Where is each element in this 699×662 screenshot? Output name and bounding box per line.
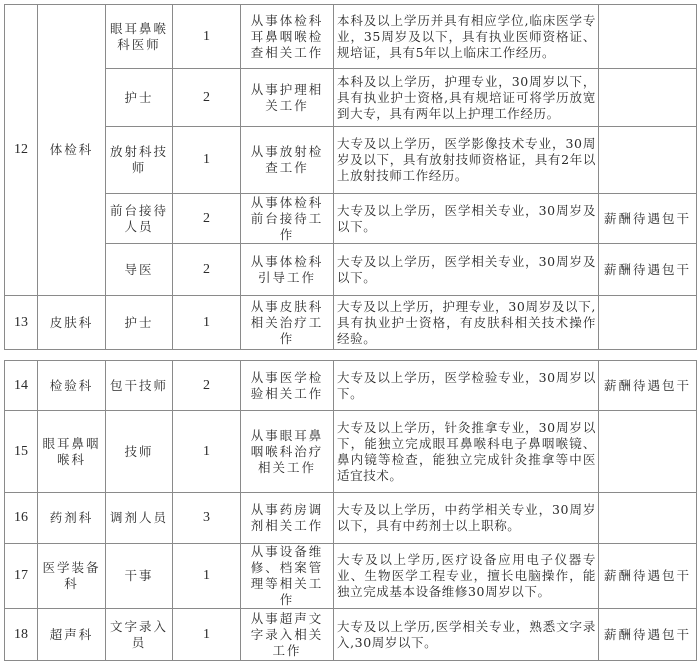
table-row: 18 超声科 文字录入员 1 从事超声文字录入相关工作 大专及以上学历,医学相关… <box>5 609 697 661</box>
headcount: 2 <box>173 69 241 127</box>
duty: 从事体检科引导工作 <box>241 244 334 296</box>
department: 体检科 <box>38 5 106 296</box>
duty: 从事药房调剂相关工作 <box>241 493 334 544</box>
headcount: 1 <box>173 296 241 350</box>
duty: 从事超声文字录入相关工作 <box>241 609 334 661</box>
position: 文字录入员 <box>106 609 173 661</box>
requirement: 大专及以上学历，中药学相关专业，30周岁以下，具有中药剂士以上职称。 <box>334 493 599 544</box>
requirement: 大专及以上学历,医学相关专业，熟悉文字录入,30周岁以下。 <box>334 609 599 661</box>
recruitment-table-part-2: 14 检验科 包干技师 2 从事医学检验相关工作 大专及以上学历，医学检验专业，… <box>4 360 697 661</box>
headcount: 1 <box>173 5 241 69</box>
table-row: 14 检验科 包干技师 2 从事医学检验相关工作 大专及以上学历，医学检验专业，… <box>5 361 697 411</box>
headcount: 1 <box>173 127 241 194</box>
headcount: 1 <box>173 411 241 493</box>
position: 技师 <box>106 411 173 493</box>
requirement: 大专及以上学历，医学相关专业，30周岁及以下。 <box>334 194 599 244</box>
requirement: 大专及以上学历，医学相关专业，30周岁及以下。 <box>334 244 599 296</box>
department: 皮肤科 <box>38 296 106 350</box>
note <box>599 127 697 194</box>
requirement: 本科及以上学历，护理专业，30周岁以下，具有执业护士资格,具有规培证可将学历放宽… <box>334 69 599 127</box>
department: 医学装备科 <box>38 544 106 609</box>
row-number: 12 <box>5 5 38 296</box>
table-row: 13 皮肤科 护士 1 从事皮肤科相关治疗工作 大专及以上学历，护理专业，30周… <box>5 296 697 350</box>
table-row: 前台接待人员 2 从事体检科前台接待工作 大专及以上学历，医学相关专业，30周岁… <box>5 194 697 244</box>
department: 检验科 <box>38 361 106 411</box>
requirement: 大专及以上学历，医学影像技术专业，30周岁及以下，具有放射技师资格证，具有2年以… <box>334 127 599 194</box>
department: 超声科 <box>38 609 106 661</box>
note: 薪酬待遇包干 <box>599 361 697 411</box>
row-number: 13 <box>5 296 38 350</box>
headcount: 3 <box>173 493 241 544</box>
duty: 从事皮肤科相关治疗工作 <box>241 296 334 350</box>
requirement: 大专及以上学历，医学检验专业，30周岁以下。 <box>334 361 599 411</box>
position: 眼耳鼻喉科医师 <box>106 5 173 69</box>
table-row: 17 医学装备科 干事 1 从事设备维修、档案管理等相关工作 大专及以上学历,医… <box>5 544 697 609</box>
position: 调剂人员 <box>106 493 173 544</box>
headcount: 2 <box>173 361 241 411</box>
note: 薪酬待遇包干 <box>599 544 697 609</box>
table-row: 16 药剂科 调剂人员 3 从事药房调剂相关工作 大专及以上学历，中药学相关专业… <box>5 493 697 544</box>
department: 眼耳鼻咽喉科 <box>38 411 106 493</box>
table-row: 导医 2 从事体检科引导工作 大专及以上学历，医学相关专业，30周岁及以下。 薪… <box>5 244 697 296</box>
row-number: 16 <box>5 493 38 544</box>
note <box>599 411 697 493</box>
requirement: 大专及以上学历，针灸推拿专业，30周岁以下，能独立完成眼耳鼻喉科电子鼻咽喉镜、鼻… <box>334 411 599 493</box>
position: 护士 <box>106 69 173 127</box>
position: 护士 <box>106 296 173 350</box>
headcount: 1 <box>173 609 241 661</box>
row-number: 14 <box>5 361 38 411</box>
table-row: 护士 2 从事护理相关工作 本科及以上学历，护理专业，30周岁以下，具有执业护士… <box>5 69 697 127</box>
duty: 从事眼耳鼻咽喉科治疗相关工作 <box>241 411 334 493</box>
position: 导医 <box>106 244 173 296</box>
note <box>599 5 697 69</box>
duty: 从事护理相关工作 <box>241 69 334 127</box>
requirement: 大专及以上学历，护理专业，30周岁及以下,具有执业护士资格，有皮肤科相关技术操作… <box>334 296 599 350</box>
note: 薪酬待遇包干 <box>599 609 697 661</box>
row-number: 17 <box>5 544 38 609</box>
table-row: 放射科技师 1 从事放射检查工作 大专及以上学历，医学影像技术专业，30周岁及以… <box>5 127 697 194</box>
note: 薪酬待遇包干 <box>599 244 697 296</box>
duty: 从事设备维修、档案管理等相关工作 <box>241 544 334 609</box>
position: 放射科技师 <box>106 127 173 194</box>
duty: 从事医学检验相关工作 <box>241 361 334 411</box>
requirement: 大专及以上学历,医疗设备应用电子仪器专业、生物医学工程专业，擅长电脑操作，能独立… <box>334 544 599 609</box>
row-number: 18 <box>5 609 38 661</box>
headcount: 2 <box>173 194 241 244</box>
headcount: 2 <box>173 244 241 296</box>
department: 药剂科 <box>38 493 106 544</box>
position: 干事 <box>106 544 173 609</box>
duty: 从事体检科耳鼻咽喉检查相关工作 <box>241 5 334 69</box>
note: 薪酬待遇包干 <box>599 194 697 244</box>
table-row: 12 体检科 眼耳鼻喉科医师 1 从事体检科耳鼻咽喉检查相关工作 本科及以上学历… <box>5 5 697 69</box>
headcount: 1 <box>173 544 241 609</box>
recruitment-table-part-1: 12 体检科 眼耳鼻喉科医师 1 从事体检科耳鼻咽喉检查相关工作 本科及以上学历… <box>4 4 697 350</box>
duty: 从事体检科前台接待工作 <box>241 194 334 244</box>
position: 包干技师 <box>106 361 173 411</box>
table-row: 15 眼耳鼻咽喉科 技师 1 从事眼耳鼻咽喉科治疗相关工作 大专及以上学历，针灸… <box>5 411 697 493</box>
note <box>599 69 697 127</box>
note <box>599 493 697 544</box>
note <box>599 296 697 350</box>
position: 前台接待人员 <box>106 194 173 244</box>
requirement: 本科及以上学历并具有相应学位,临床医学专业，35周岁及以下，具有执业医师资格证、… <box>334 5 599 69</box>
duty: 从事放射检查工作 <box>241 127 334 194</box>
row-number: 15 <box>5 411 38 493</box>
